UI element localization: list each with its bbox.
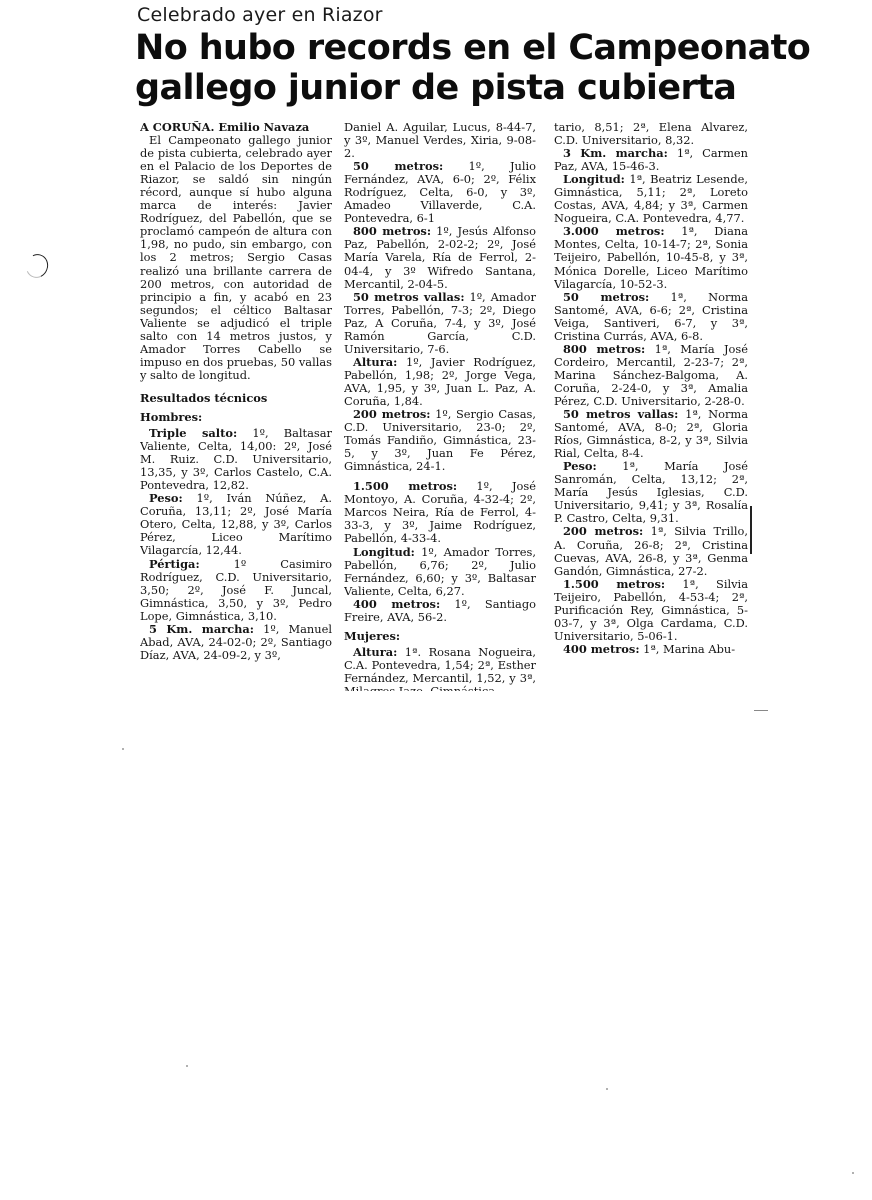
result-entry: Pértiga: 1º Casimiro Rodríguez, C.D. Uni… [140, 558, 332, 623]
men-heading: Hombres: [140, 411, 332, 424]
result-entry: Altura: 1ª. Rosana Nogueira, C.A. Pontev… [344, 646, 536, 691]
column-2: Daniel A. Aguilar, Lucus, 8-44-7, y 3º, … [344, 121, 536, 691]
event-name: 400 metros: [353, 597, 440, 611]
result-entry: 800 metros: 1ª, María José Cordeiro, Mer… [554, 343, 748, 408]
event-name: Altura: [353, 355, 397, 369]
result-entry: 1.500 metros: 1º, José Montoyo, A. Coruñ… [344, 480, 536, 545]
result-entry: 50 metros: 1ª, Norma Santomé, AVA, 6-6; … [554, 291, 748, 343]
result-entry: Triple salto: 1º, Baltasar Valiente, Cel… [140, 427, 332, 492]
result-entry: 3 Km. marcha: 1ª, Carmen Paz, AVA, 15-46… [554, 147, 748, 173]
event-name: Pértiga: [149, 557, 200, 571]
result-entry: Peso: 1º, Iván Núñez, A. Coruña, 13,11; … [140, 492, 332, 557]
event-name: Triple salto: [149, 426, 237, 440]
result-entry: 200 metros: 1ª, Silvia Trillo, A. Coruña… [554, 525, 748, 577]
scan-speck [852, 1172, 854, 1174]
event-name: 200 metros: [563, 524, 643, 538]
event-name: 800 metros: [353, 224, 431, 238]
result-entry: Altura: 1º, Javier Rodríguez, Pabellón, … [344, 356, 536, 408]
scan-mark-dash [754, 710, 768, 711]
event-name: 400 metros: [563, 642, 640, 656]
column-1: A CORUÑA. Emilio Navaza El Campeonato ga… [140, 121, 332, 691]
kicker: Celebrado ayer en Riazor [137, 4, 383, 26]
event-name: 50 metros vallas: [353, 290, 465, 304]
result-entry: 50 metros vallas: 1º, Amador Torres, Pab… [344, 291, 536, 356]
event-name: Peso: [149, 491, 183, 505]
event-name: Peso: [563, 459, 597, 473]
scan-mark-circle [23, 251, 52, 281]
result-entry: 5 Km. marcha: 1º, Manuel Abad, AVA, 24-0… [140, 623, 332, 662]
scan-speck [122, 748, 124, 750]
event-name: Longitud: [563, 172, 625, 186]
result-entry: 1.500 metros: 1ª, Silvia Teijeiro, Pabel… [554, 578, 748, 643]
event-name: Altura: [353, 645, 397, 659]
intro-paragraph: El Campeonato gallego junior de pista cu… [140, 134, 332, 382]
result-entry: 400 metros: 1º, Santiago Freire, AVA, 56… [344, 598, 536, 624]
result-entry: 200 metros: 1º, Sergio Casas, C.D. Unive… [344, 408, 536, 473]
headline: No hubo records en el Campeonato gallego… [135, 28, 755, 108]
event-name: 3.000 metros: [563, 224, 665, 238]
event-name: 1.500 metros: [353, 479, 457, 493]
result-entry: 50 metros: 1º, Julio Fernández, AVA, 6-0… [344, 160, 536, 225]
event-name: 5 Km. marcha: [149, 622, 254, 636]
event-name: Longitud: [353, 545, 415, 559]
scan-speck [186, 1065, 188, 1067]
result-entry: 400 metros: 1ª, Marina Abu- [554, 643, 748, 656]
event-name: 800 metros: [563, 342, 645, 356]
result-entry: 50 metros vallas: 1ª, Norma Santomé, AVA… [554, 408, 748, 460]
results-heading: Resultados técnicos [140, 392, 332, 405]
women-heading: Mujeres: [344, 630, 536, 643]
event-name: 50 metros vallas: [563, 407, 678, 421]
headline-line-2: gallego junior de pista cubierta [135, 68, 755, 108]
event-name: 50 metros: [353, 159, 443, 173]
result-entry: 3.000 metros: 1ª, Diana Montes, Celta, 1… [554, 225, 748, 290]
scan-mark-bar [750, 506, 752, 554]
result-entry: Longitud: 1ª, Beatriz Lesende, Gimnástic… [554, 173, 748, 225]
column-3: tario, 8,51; 2ª, Elena Alvarez, C.D. Uni… [554, 121, 748, 691]
scan-speck [606, 1088, 608, 1090]
result-entry: tario, 8,51; 2ª, Elena Alvarez, C.D. Uni… [554, 121, 748, 147]
event-name: 1.500 metros: [563, 577, 665, 591]
headline-line-1: No hubo records en el Campeonato [135, 28, 755, 68]
result-entry: 800 metros: 1º, Jesús Alfonso Paz, Pabel… [344, 225, 536, 290]
result-entry: Daniel A. Aguilar, Lucus, 8-44-7, y 3º, … [344, 121, 536, 160]
event-name: 200 metros: [353, 407, 431, 421]
result-entry: Longitud: 1º, Amador Torres, Pabellón, 6… [344, 546, 536, 598]
result-entry: Peso: 1ª, María José Sanromán, Celta, 13… [554, 460, 748, 525]
event-name: 50 metros: [563, 290, 649, 304]
event-name: 3 Km. marcha: [563, 146, 668, 160]
